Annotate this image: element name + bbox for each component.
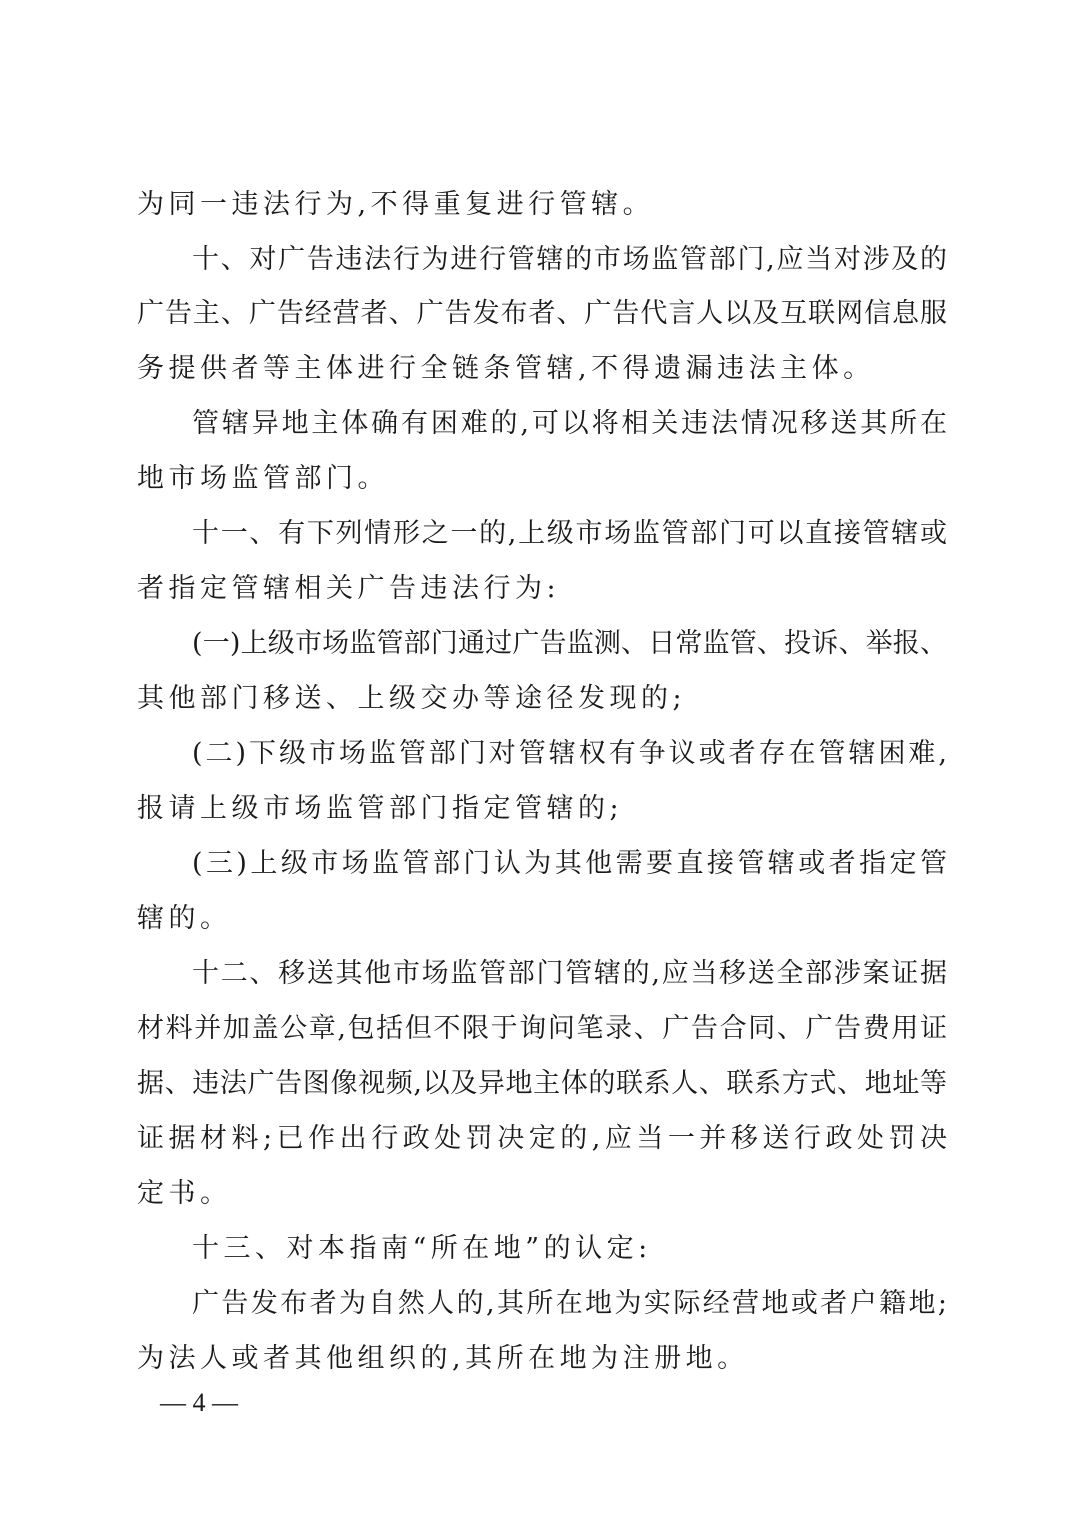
text-line: 报请上级市场监管部门指定管辖的;	[137, 789, 947, 829]
paragraph-start-line: 管辖异地主体确有困难的,可以将相关违法情况移送其所在	[192, 404, 947, 444]
paragraph-start-line: 广告发布者为自然人的,其所在地为实际经营地或者户籍地;	[192, 1284, 947, 1324]
text-line: 为同一违法行为,不得重复进行管辖。	[137, 185, 947, 225]
text-line: 定书。	[137, 1174, 947, 1214]
section-13-heading-line: 十三、对本指南“所在地”的认定:	[192, 1229, 947, 1269]
text-line: 务提供者等主体进行全链条管辖,不得遗漏违法主体。	[137, 349, 947, 389]
text-line: 证据材料;已作出行政处罚决定的,应当一并移送行政处罚决	[137, 1119, 947, 1159]
text-line: 材料并加盖公章,包括但不限于询问笔录、广告合同、广告费用证	[137, 1009, 947, 1049]
text-line: 辖的。	[137, 899, 947, 939]
text-line: 为法人或者其他组织的,其所在地为注册地。	[137, 1339, 947, 1379]
item-3-line: (三)上级市场监管部门认为其他需要直接管辖或者指定管	[192, 844, 947, 884]
section-11-heading-line: 十一、有下列情形之一的,上级市场监管部门可以直接管辖或	[192, 514, 947, 554]
item-2-line: (二)下级市场监管部门对管辖权有争议或者存在管辖困难,	[192, 734, 947, 774]
text-line: 广告主、广告经营者、广告发布者、广告代言人以及互联网信息服	[137, 294, 947, 334]
text-line: 地市场监管部门。	[137, 459, 947, 499]
text-line: 其他部门移送、上级交办等途径发现的;	[137, 679, 947, 719]
text-line: 据、违法广告图像视频,以及异地主体的联系人、联系方式、地址等	[137, 1064, 947, 1104]
text-line: 者指定管辖相关广告违法行为:	[137, 569, 947, 609]
item-1-line: (一)上级市场监管部门通过广告监测、日常监管、投诉、举报、	[192, 624, 947, 664]
section-12-heading-line: 十二、移送其他市场监管部门管辖的,应当移送全部涉案证据	[192, 954, 947, 994]
document-page: 为同一违法行为,不得重复进行管辖。 十、对广告违法行为进行管辖的市场监管部门,应…	[0, 0, 1080, 1527]
section-10-heading-line: 十、对广告违法行为进行管辖的市场监管部门,应当对涉及的	[192, 240, 947, 280]
page-number: — 4 —	[160, 1386, 238, 1420]
